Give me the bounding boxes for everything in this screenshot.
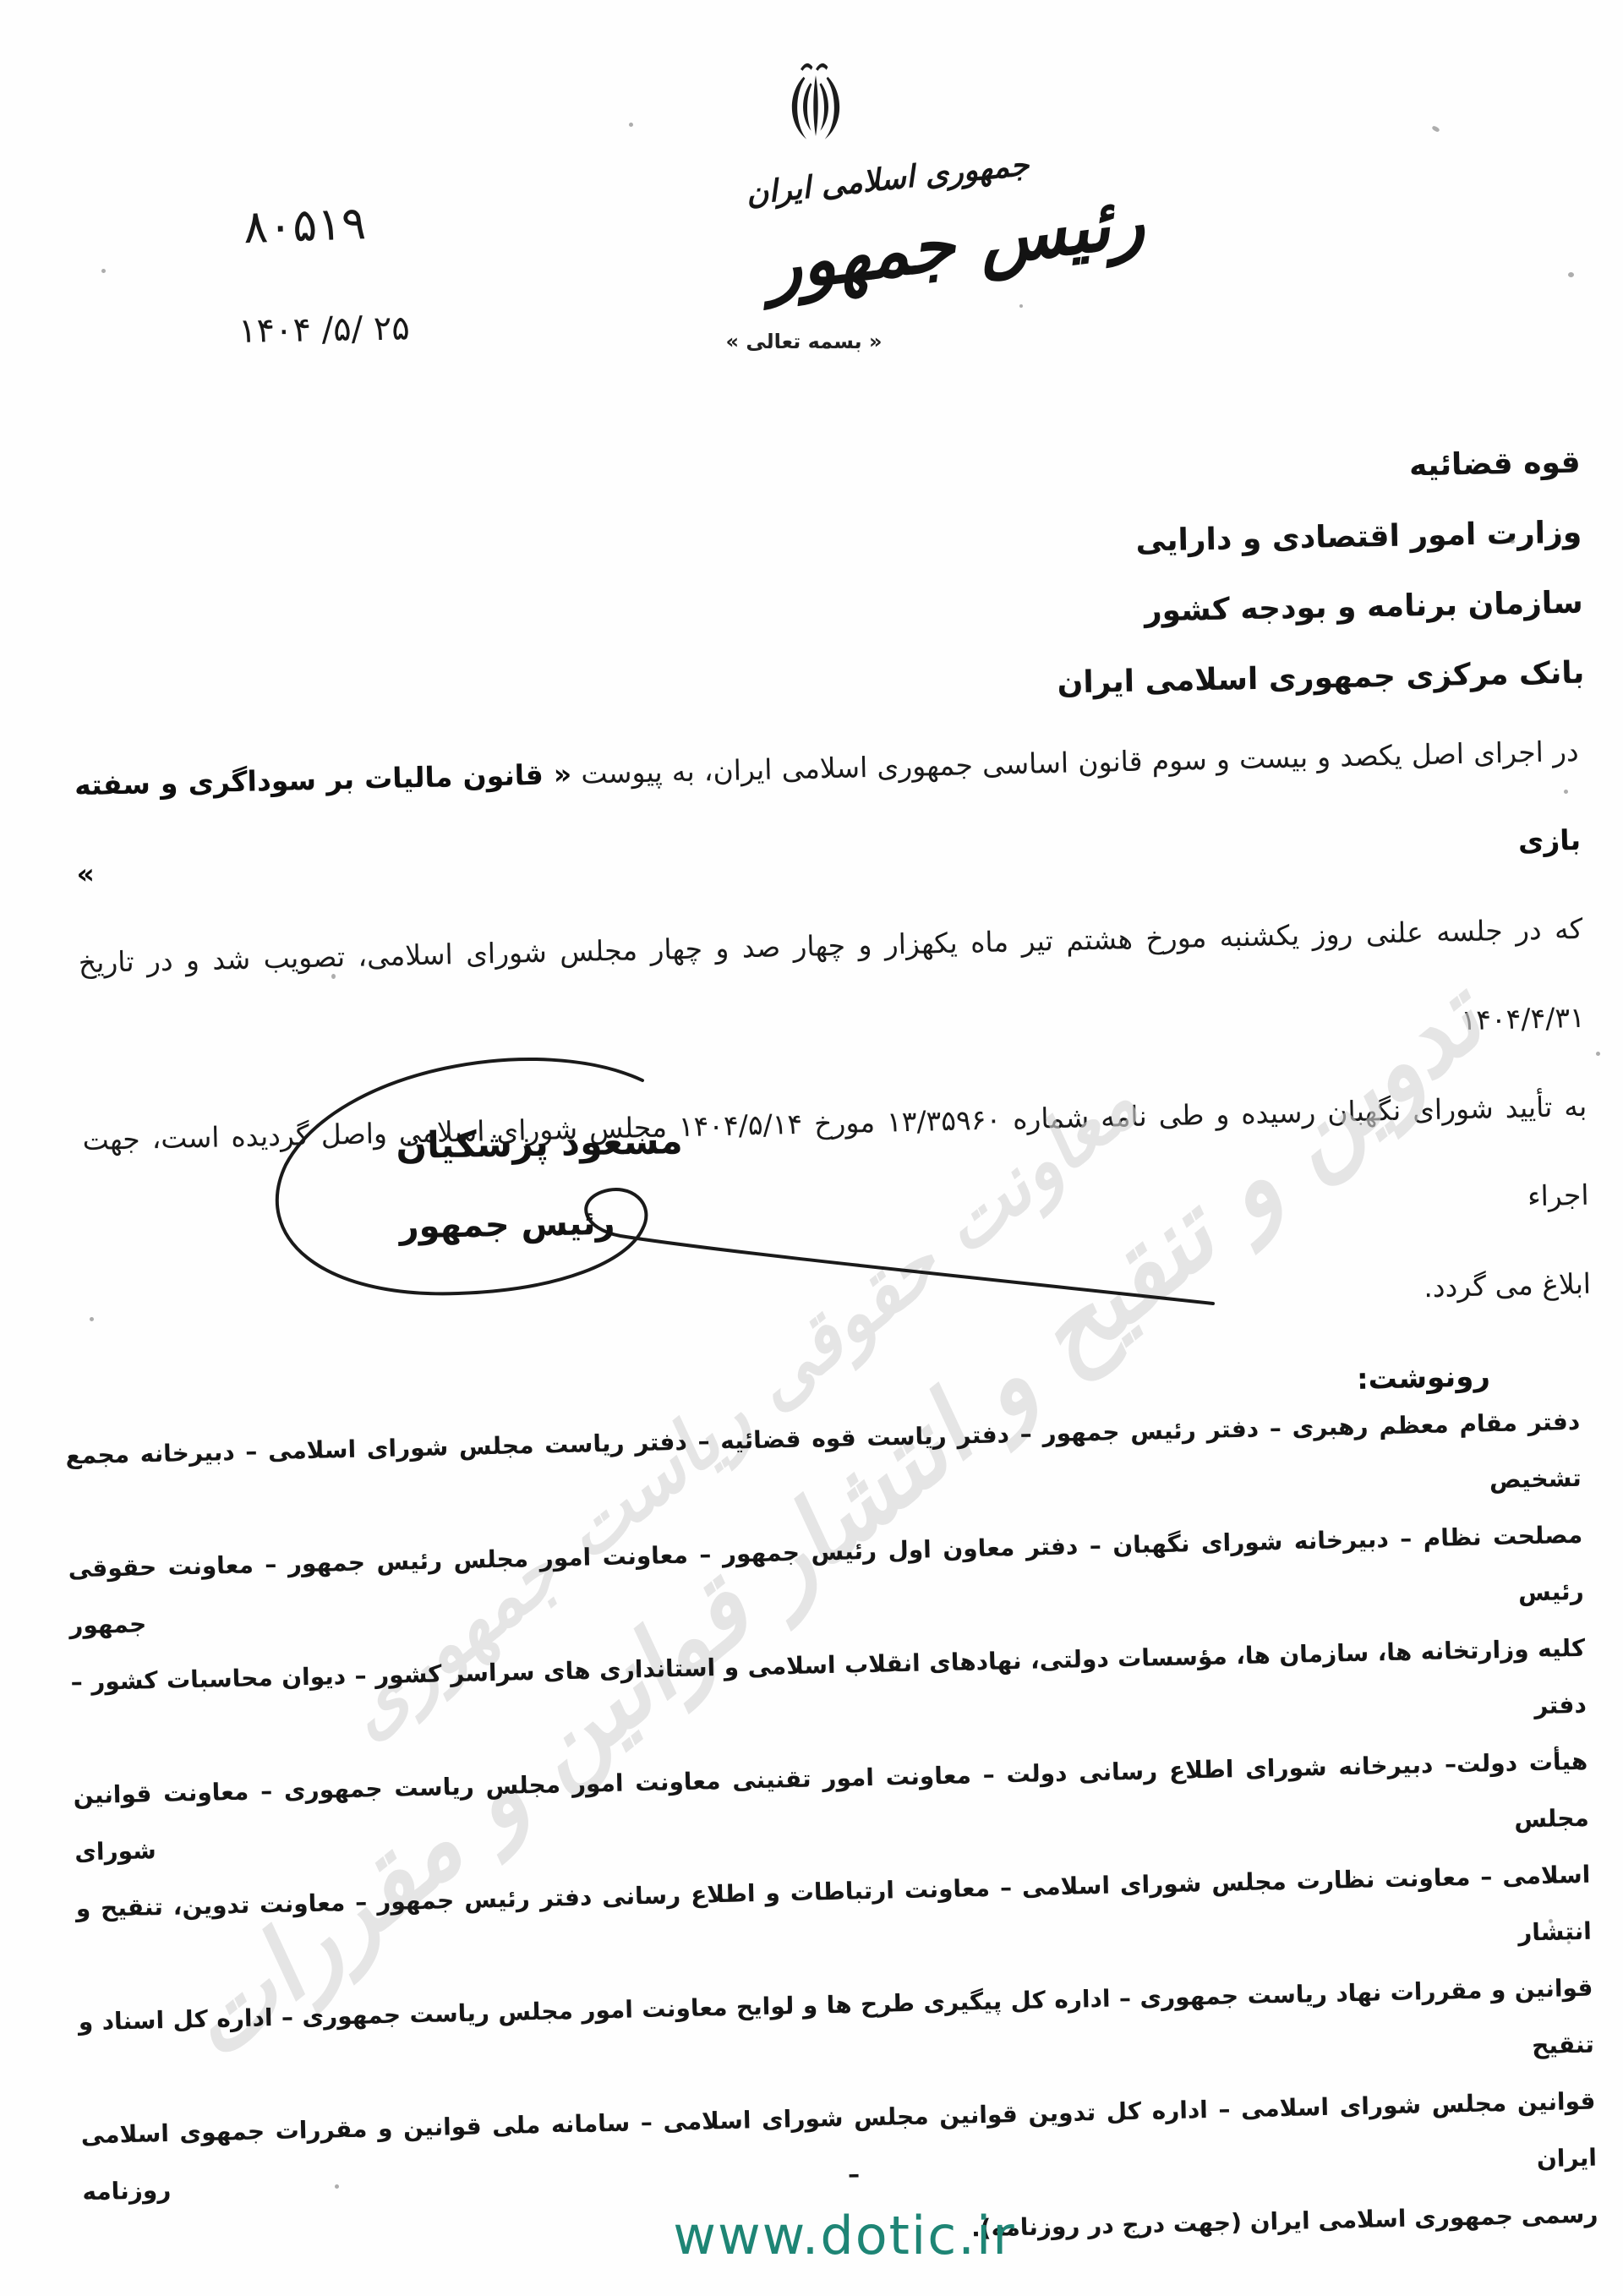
scan-speck xyxy=(1510,539,1515,544)
scan-speck xyxy=(1549,1919,1553,1923)
scanned-letter-page: ۸۰۵۱۹ ۱۴۰۴ /۵/ ۲۵ جمهوری اسلامی ایران رئ… xyxy=(0,0,1623,2296)
handwritten-signature-stroke xyxy=(203,1048,1293,1336)
bismillah-line: « بسمه تعالی » xyxy=(707,330,901,353)
signature-block: مسعود پزشکیان رئیس جمهور xyxy=(203,1048,1293,1336)
recipient-judiciary: قوه قضائیه xyxy=(1005,428,1581,509)
body-line-1: در اجرای اصل یکصد و بیست و سوم قانون اسا… xyxy=(74,707,1582,918)
scan-speck xyxy=(1019,304,1023,308)
scan-speck xyxy=(90,1317,94,1321)
scan-speck xyxy=(1431,125,1440,133)
letter-ref-number: ۸۰۵۱۹ xyxy=(243,192,498,254)
recipients-list: قوه قضائیه وزارت امور اقتصادی و دارایی س… xyxy=(1005,428,1585,719)
scan-speck xyxy=(335,2184,339,2189)
signer-title: رئیس جمهور xyxy=(330,1202,686,1247)
footer: www.dotic.ir xyxy=(0,2205,1623,2266)
cc-list: دفتر مقام معظم رهبری – دفتر رئیس جمهور –… xyxy=(65,1393,1598,2277)
recipient-budget-organization: سازمان برنامه و بودجه کشور xyxy=(1008,567,1583,648)
recipient-central-bank: بانک مرکزی جمهوری اسلامی ایران xyxy=(1009,637,1585,719)
footer-link[interactable]: www.dotic.ir xyxy=(673,2205,1015,2266)
scan-speck xyxy=(629,123,633,127)
signer-name: مسعود پزشکیان xyxy=(362,1119,718,1167)
scan-speck xyxy=(1568,272,1574,277)
body-line-1-text: در اجرای اصل یکصد و بیست و سوم قانون اسا… xyxy=(571,735,1579,790)
scan-speck xyxy=(331,974,336,979)
letter-date: ۱۴۰۴ /۵/ ۲۵ xyxy=(238,307,518,351)
iran-emblem-icon xyxy=(778,54,854,159)
cc-heading: رونوشت: xyxy=(1357,1359,1491,1397)
scan-speck xyxy=(1596,1052,1600,1056)
recipient-ministry-economy: وزارت امور اقتصادی و دارایی xyxy=(1006,497,1582,578)
scan-speck xyxy=(1564,790,1568,794)
scan-speck xyxy=(101,269,106,273)
scan-speck xyxy=(1567,1941,1571,1944)
